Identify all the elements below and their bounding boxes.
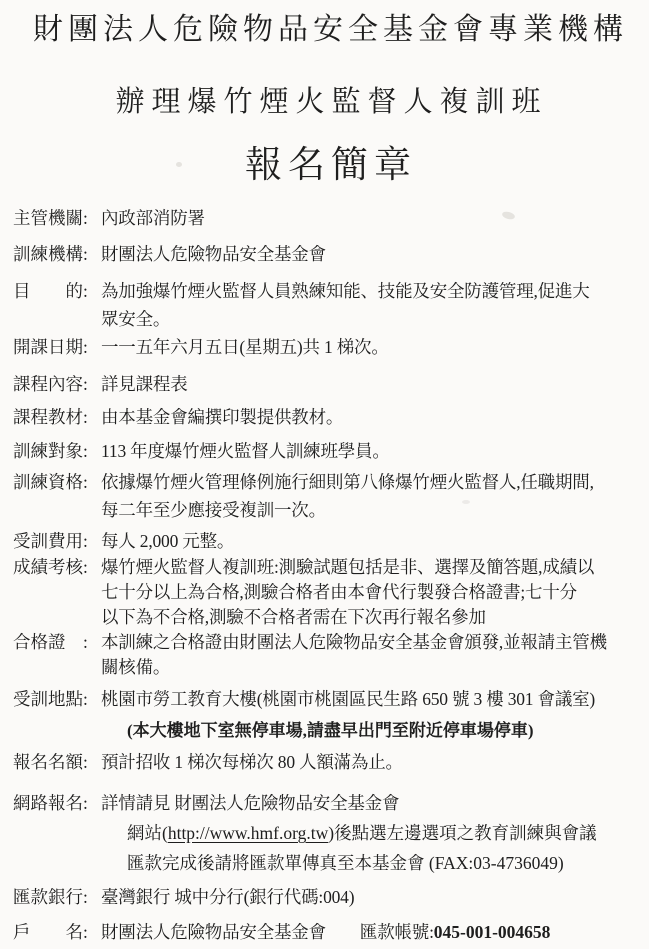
- row-trainee-target: 訓練對象: 113 年度爆竹煙火監督人訓練班學員。: [13, 437, 643, 465]
- field-value: 內政部消防署: [101, 204, 643, 232]
- scan-speck: [176, 162, 182, 167]
- field-label: 成績考核:: [13, 555, 101, 580]
- row-course-content: 課程內容: 詳見課程表: [13, 370, 643, 398]
- field-label: 合格證 :: [13, 630, 101, 655]
- row-training-location: 受訓地點: 桃園市勞工教育大樓(桃園市桃園區民生路 650 號 3 樓 301 …: [13, 685, 643, 713]
- field-value: 一一五年六月五日(星期五)共 1 梯次。: [101, 333, 643, 361]
- field-label: 課程內容:: [13, 370, 101, 398]
- row-course-date: 開課日期: 一一五年六月五日(星期五)共 1 梯次。: [13, 333, 643, 361]
- field-value: 詳見課程表: [101, 370, 643, 398]
- field-label: 網路報名:: [13, 788, 101, 818]
- value-line: 眾安全。: [101, 305, 643, 333]
- field-value: 預計招收 1 梯次每梯次 80 人額滿為止。: [101, 748, 643, 776]
- website-prefix: 網站(: [127, 823, 168, 843]
- field-label: 報名名額:: [13, 748, 101, 776]
- scanned-document-page: 財團法人危險物品安全基金會專業機構 辦理爆竹煙火監督人複訓班 報名簡章 主管機關…: [0, 0, 649, 949]
- online-registration-fax-line: 匯款完成後請將匯款單傳真至本基金會 (FAX:03-4736049): [127, 848, 643, 878]
- value-line: 以下為不合格,測驗不合格者需在下次再行報名參加: [101, 605, 643, 630]
- field-value: 詳情請見 財團法人危險物品安全基金會: [101, 788, 643, 818]
- field-label: 戶 名:: [13, 918, 101, 946]
- value-line: 關核備。: [101, 655, 643, 680]
- row-training-agency: 訓練機構: 財團法人危險物品安全基金會: [13, 240, 643, 268]
- field-value: 臺灣銀行 城中分行(銀行代碼:004): [101, 883, 643, 911]
- value-line: 為加強爆竹煙火監督人員熟練知能、技能及安全防護管理,促進大: [101, 277, 643, 305]
- online-registration-website-line: 網站(http://www.hmf.org.tw)後點選左邊選項之教育訓練與會議: [127, 818, 643, 848]
- foundation-website-link[interactable]: http://www.hmf.org.tw: [168, 823, 328, 843]
- field-value: 財團法人危險物品安全基金會: [101, 240, 643, 268]
- field-value: 財團法人危險物品安全基金會匯款帳號:045-001-004658: [101, 918, 643, 946]
- field-label: 訓練資格:: [13, 468, 101, 496]
- parking-note: (本大樓地下室無停車場,請盡早出門至附近停車場停車): [127, 717, 643, 745]
- row-training-fee: 受訓費用: 每人 2,000 元整。: [13, 527, 643, 555]
- row-certificate: 合格證 : 本訓練之合格證由財團法人危險物品安全基金會頒發,並報請主管機 關核備…: [13, 630, 643, 680]
- field-value: 本訓練之合格證由財團法人危險物品安全基金會頒發,並報請主管機 關核備。: [101, 630, 643, 680]
- field-label: 受訓費用:: [13, 527, 101, 555]
- document-title-course: 辦理爆竹煙火監督人複訓班: [13, 82, 643, 122]
- row-course-materials: 課程教材: 由本基金會編撰印製提供教材。: [13, 403, 643, 431]
- row-account-name: 戶 名: 財團法人危險物品安全基金會匯款帳號:045-001-004658: [13, 918, 643, 946]
- value-line: 每二年至少應接受複訓一次。: [101, 496, 643, 524]
- field-label: 訓練機構:: [13, 240, 101, 268]
- row-remittance-bank: 匯款銀行: 臺灣銀行 城中分行(銀行代碼:004): [13, 883, 643, 911]
- row-training-qualification: 訓練資格: 依據爆竹煙火管理條例施行細則第八條爆竹煙火監督人,任職期間, 每二年…: [13, 468, 643, 524]
- row-enrollment-quota: 報名名額: 預計招收 1 梯次每梯次 80 人額滿為止。: [13, 748, 643, 776]
- online-registration-first-line: 網路報名: 詳情請見 財團法人危險物品安全基金會: [13, 788, 643, 818]
- field-label: 課程教材:: [13, 403, 101, 431]
- field-value: 爆竹煙火監督人複訓班:測驗試題包括是非、選擇及簡答題,成績以 七十分以上為合格,…: [101, 555, 643, 630]
- field-value: 113 年度爆竹煙火監督人訓練班學員。: [101, 437, 643, 465]
- field-value: 為加強爆竹煙火監督人員熟練知能、技能及安全防護管理,促進大 眾安全。: [101, 277, 643, 333]
- remittance-account-number: 045-001-004658: [434, 922, 551, 942]
- remittance-account-label: 匯款帳號:: [360, 922, 434, 942]
- field-label: 受訓地點:: [13, 685, 101, 713]
- field-label: 目 的:: [13, 277, 101, 305]
- value-line: 爆竹煙火監督人複訓班:測驗試題包括是非、選擇及簡答題,成績以: [101, 555, 643, 580]
- value-line: 本訓練之合格證由財團法人危險物品安全基金會頒發,並報請主管機: [101, 630, 643, 655]
- account-holder-name: 財團法人危險物品安全基金會: [101, 922, 326, 942]
- field-value: 由本基金會編撰印製提供教材。: [101, 403, 643, 431]
- value-line: 依據爆竹煙火管理條例施行細則第八條爆竹煙火監督人,任職期間,: [101, 468, 643, 496]
- field-value: 每人 2,000 元整。: [101, 527, 643, 555]
- field-label: 訓練對象:: [13, 437, 101, 465]
- field-value: 桃園市勞工教育大樓(桃園市桃園區民生路 650 號 3 樓 301 會議室): [101, 685, 643, 713]
- field-label: 開課日期:: [13, 333, 101, 361]
- scan-speck: [462, 500, 470, 504]
- page-title-registration-brochure: 報名簡章: [13, 142, 643, 190]
- value-line: 七十分以上為合格,測驗合格者由本會代行製發合格證書;七十分: [101, 580, 643, 605]
- field-value: 依據爆竹煙火管理條例施行細則第八條爆竹煙火監督人,任職期間, 每二年至少應接受複…: [101, 468, 643, 524]
- website-suffix: )後點選左邊選項之教育訓練與會議: [328, 823, 596, 843]
- document-title-organization: 財團法人危險物品安全基金會專業機構: [13, 8, 643, 52]
- scan-speck: [524, 284, 533, 289]
- row-online-registration: 網路報名: 詳情請見 財團法人危險物品安全基金會 網站(http://www.h…: [13, 788, 643, 878]
- row-grading: 成績考核: 爆竹煙火監督人複訓班:測驗試題包括是非、選擇及簡答題,成績以 七十分…: [13, 555, 643, 630]
- row-purpose: 目 的: 為加強爆竹煙火監督人員熟練知能、技能及安全防護管理,促進大 眾安全。: [13, 277, 643, 333]
- field-label: 主管機關:: [13, 204, 101, 232]
- row-supervising-authority: 主管機關: 內政部消防署: [13, 204, 643, 232]
- field-label: 匯款銀行:: [13, 883, 101, 911]
